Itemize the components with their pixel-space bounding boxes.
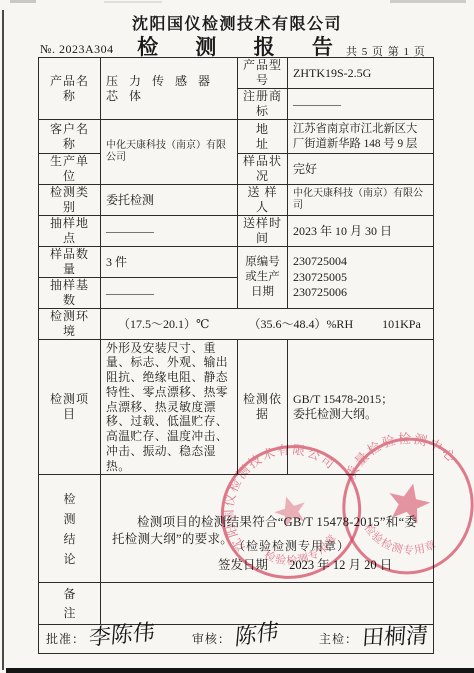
table-row: 样品数量 3 件 原编号或生产日期 230725004 230725005 23…	[39, 247, 434, 278]
conclusion-label: 检测结论	[39, 475, 101, 583]
trademark-value: ————	[288, 89, 434, 120]
address-value: 江苏省南京市江北新区大 厂街道新华路 148 号 9 层	[288, 120, 434, 154]
report-number: №. 2023A304	[40, 42, 114, 57]
original-number-values: 230725004 230725005 230725006	[288, 247, 434, 309]
original-number-1: 230725004	[293, 254, 428, 270]
test-type-value: 委托检测	[101, 185, 238, 216]
original-number-2: 230725005	[293, 270, 428, 286]
sampling-place-label: 抽样地点	[39, 216, 101, 247]
address-line2: 厂街道新华路 148 号 9 层	[293, 137, 428, 151]
issue-date-label: 签发日期	[218, 558, 268, 572]
test-basis-line1: GB/T 15478-2015；	[293, 392, 428, 407]
test-items-value: 外形及安装尺寸、重量、标志、外观、输出阻抗、绝缘电阻、静态特性、零点漂移、热零点…	[101, 340, 238, 475]
scan-edge-artifact-bottom	[6, 668, 474, 673]
environment-humidity: （35.6～48.4）%RH	[248, 317, 353, 332]
sample-state-value: 完好	[288, 154, 434, 185]
test-type-label: 检测类别	[39, 185, 101, 216]
environment-temperature: （17.5～20.1）℃	[118, 317, 209, 332]
product-name-value: 压 力 传 感 器 芯 体	[101, 58, 238, 120]
environment-values: （17.5～20.1）℃ （35.6～48.4）%RH 101KPa	[101, 309, 434, 340]
send-time-label: 送样时间	[238, 216, 288, 247]
manufacturer-label: 生产单位	[39, 154, 101, 185]
signature-row: 批准： 李陈伟 审核： 陈伟 主检： 田桐清	[39, 625, 434, 654]
send-time-value: 2023 年 10 月 30 日	[288, 216, 434, 247]
issue-date-line: 签发日期 2023 年 12 月 20 日	[218, 558, 392, 574]
chief-signature: 田桐清	[361, 625, 428, 647]
product-model-value: ZHTK19S-2.5G	[288, 58, 434, 89]
table-row: 批准： 李陈伟 审核： 陈伟 主检： 田桐清	[39, 625, 434, 654]
sampling-base-value: ————	[101, 278, 238, 309]
quantity-label: 样品数量	[39, 247, 101, 278]
scan-smudge	[104, 1, 162, 3]
sampling-base-label: 抽样基数	[39, 278, 101, 309]
environment-pressure: 101KPa	[382, 317, 421, 332]
table-row: 检测项目 外形及安装尺寸、重量、标志、外观、输出阻抗、绝缘电阻、静态特性、零点漂…	[39, 340, 434, 475]
table-row: 产品名称 压 力 传 感 器 芯 体 产品型号 ZHTK19S-2.5G	[39, 58, 434, 89]
review-label: 审核：	[192, 632, 231, 647]
scanned-report-page: 沈阳国仪检测技术有限公司 №. 2023A304 检 测 报 告 共 5 页 第…	[0, 0, 474, 673]
report-table: 产品名称 压 力 传 感 器 芯 体 产品型号 ZHTK19S-2.5G 注册商…	[38, 57, 434, 654]
table-row: 检测环境 （17.5～20.1）℃ （35.6～48.4）%RH 101KPa	[39, 309, 434, 340]
table-row: 检测类别 委托检测 送 样 人 中化天康科技（南京）有限公司	[39, 185, 434, 216]
table-row: 抽样地点 ———— 送样时间 2023 年 10 月 30 日	[39, 216, 434, 247]
remark-label: 备注	[39, 583, 101, 625]
product-name-label: 产品名称	[39, 58, 101, 120]
trademark-label: 注册商标	[238, 89, 288, 120]
original-number-label: 原编号或生产日期	[238, 247, 288, 309]
scan-edge-artifact-left	[2, 10, 4, 670]
address-line1: 江苏省南京市江北新区大	[293, 122, 428, 136]
sender-label: 送 样 人	[238, 185, 288, 216]
table-row: 备注	[39, 583, 434, 625]
conclusion-cell: 检测项目的检测结果符合“GB/T 15478-2015”和“委托检测大纲”的要求…	[101, 475, 434, 583]
issue-date-value: 2023 年 12 月 20 日	[289, 558, 392, 572]
original-number-3: 230725006	[293, 285, 428, 301]
test-basis-value: GB/T 15478-2015； 委托检测大纲。	[288, 340, 434, 475]
seal-note: （检验检测专用章）	[233, 539, 350, 554]
approve-signature: 李陈伟	[88, 621, 166, 648]
table-row: 客户名称 中化天康科技（南京）有限公司 地 址 江苏省南京市江北新区大 厂街道新…	[39, 120, 434, 154]
table-row: 检测结论 检测项目的检测结果符合“GB/T 15478-2015”和“委托检测大…	[39, 475, 434, 583]
quantity-value: 3 件	[101, 247, 238, 278]
scan-smudge	[10, 0, 36, 3]
customer-value: 中化天康科技（南京）有限公司	[101, 120, 238, 185]
environment-label: 检测环境	[39, 309, 101, 340]
test-items-label: 检测项目	[39, 340, 101, 475]
address-label: 地 址	[238, 120, 288, 154]
scan-smudge	[390, 0, 466, 3]
test-basis-label: 检测依据	[238, 340, 288, 475]
chief-label: 主检：	[319, 632, 358, 647]
customer-label: 客户名称	[39, 120, 101, 154]
sampling-place-value: ————	[101, 216, 238, 247]
product-model-label: 产品型号	[238, 58, 288, 89]
remark-cell	[101, 583, 434, 625]
sample-state-label: 样品状况	[238, 154, 288, 185]
sender-value: 中化天康科技（南京）有限公司	[288, 185, 434, 216]
approve-label: 批准：	[46, 632, 85, 647]
test-basis-line2: 委托检测大纲。	[293, 407, 428, 422]
